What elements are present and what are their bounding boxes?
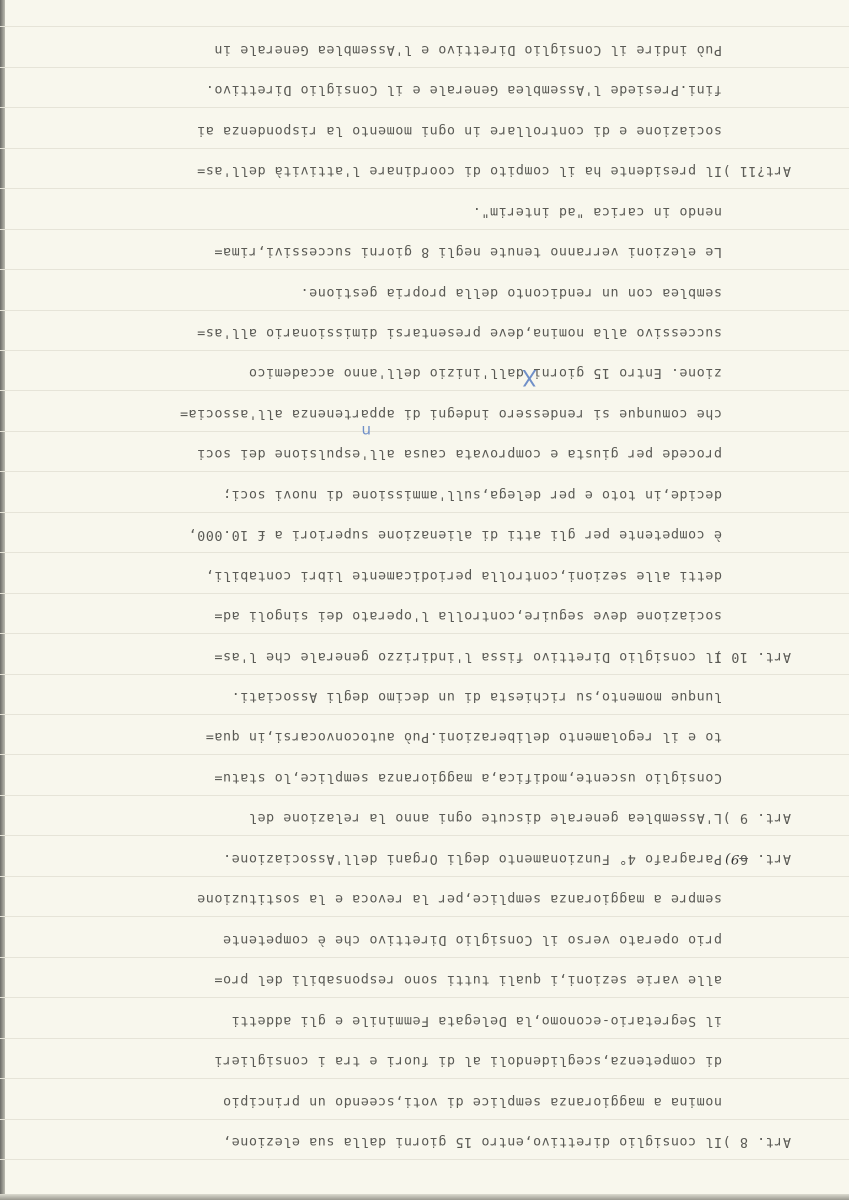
text-line: to e il regolamento deliberazioni.Può au… — [0, 726, 849, 748]
line-text: lunque momento,su richiesta di un decimo… — [231, 685, 722, 707]
text-line: Art. 10 )Il consiglio Direttivo fissa l'… — [0, 645, 849, 667]
text-line: procede per giusta e comprovata causa al… — [0, 442, 849, 464]
text-line: sociazione deve seguire,controlla l'oper… — [0, 604, 849, 626]
rule-line — [0, 1078, 849, 1079]
line-text: nendo in carica "ad interim". — [472, 200, 722, 222]
handwritten-number: 9) — [724, 851, 739, 866]
line-text: L'Assemblea generale discute ogni anno l… — [248, 806, 722, 828]
line-text: Paragrafo 4° Funzionamento degli Organi … — [223, 847, 723, 869]
line-text: Le elezioni verranno tenute negli 8 gior… — [214, 240, 722, 262]
text-line: Art. 69)Paragrafo 4° Funzionamento degli… — [0, 847, 849, 869]
pen-mark-n: n — [361, 422, 371, 440]
rule-line — [0, 310, 849, 311]
rule-line — [0, 714, 849, 715]
rule-line — [0, 269, 849, 270]
rule-line — [0, 67, 849, 68]
text-line: nendo in carica "ad interim". — [0, 200, 849, 222]
text-line: di competenza,sceglidendoli al di fuori … — [0, 1049, 849, 1071]
line-text: Il consiglio direttivo,entro 15 giorni d… — [223, 1130, 723, 1152]
rule-line — [0, 512, 849, 513]
text-line: è competente per gli atti di alienazione… — [0, 523, 849, 545]
rule-line — [0, 471, 849, 472]
rule-line — [0, 188, 849, 189]
text-line: Le elezioni verranno tenute negli 8 gior… — [0, 240, 849, 262]
line-text: zione. Entro 15 giorni dall'inizio dell'… — [248, 361, 722, 383]
text-line: zione. Entro 15 giorni dall'inizio dell'… — [0, 361, 849, 383]
line-text: Il consiglio Direttivo fissa l'indirizzo… — [214, 645, 722, 667]
rule-line — [0, 26, 849, 27]
text-line: che comunque si rendessero indegni di ap… — [0, 402, 849, 424]
rule-line — [0, 835, 849, 836]
page-edge — [0, 1194, 849, 1200]
line-text: è competente per gli atti di alienazione… — [188, 523, 722, 545]
pen-mark-x: X — [522, 364, 537, 389]
text-line: Consiglio uscente,modifica,a maggioranza… — [0, 766, 849, 788]
rule-line — [0, 1159, 849, 1160]
line-text: detti alle sezioni,controlla periodicame… — [205, 564, 722, 586]
text-line: Art?11 )Il presidente ha il compito di c… — [0, 159, 849, 181]
article-label: Art. 9 ) — [722, 806, 791, 828]
rule-line — [0, 593, 849, 594]
line-text: alle varie sezioni,i quali tutti sono re… — [214, 968, 722, 990]
text-line: prio operato verso il Consiglio Direttiv… — [0, 928, 849, 950]
line-text: procede per giusta e comprovata causa al… — [197, 442, 722, 464]
rule-line — [0, 633, 849, 634]
text-line: sempre a maggioranza semplice,per la rev… — [0, 887, 849, 909]
rule-line — [0, 1119, 849, 1120]
text-line: decide,in toto e per delega,sull'ammissi… — [0, 483, 849, 505]
text-line: successivo alla nomina,deve presentarsi … — [0, 321, 849, 343]
line-text: fini.Presiede l'Assemblea Generale e il … — [205, 78, 722, 100]
line-text: che comunque si rendessero indegni di ap… — [179, 402, 722, 424]
rule-line — [0, 997, 849, 998]
text-line: fini.Presiede l'Assemblea Generale e il … — [0, 78, 849, 100]
line-text: successivo alla nomina,deve presentarsi … — [197, 321, 722, 343]
text-line: Può indire il Consiglio Direttivo e l'As… — [0, 38, 849, 60]
rule-line — [0, 755, 849, 756]
rule-line — [0, 674, 849, 675]
article-label: Art. 69) — [724, 847, 791, 869]
text-line: nomina a maggioranza semplice di voti,sc… — [0, 1090, 849, 1112]
rule-line — [0, 390, 849, 391]
rule-line — [0, 552, 849, 553]
text-line: sociazione e di controllare in ogni mome… — [0, 119, 849, 141]
rule-line — [0, 916, 849, 917]
rule-line — [0, 876, 849, 877]
article-label: Art?11 ) — [722, 159, 791, 181]
line-text: prio operato verso il Consiglio Direttiv… — [223, 928, 723, 950]
line-text: sociazione e di controllare in ogni mome… — [197, 119, 722, 141]
line-text: decide,in toto e per delega,sull'ammissi… — [223, 483, 723, 505]
article-label: Art. 10 ) — [713, 645, 791, 667]
line-text: di competenza,sceglidendoli al di fuori … — [214, 1049, 722, 1071]
line-text: to e il regolamento deliberazioni.Può au… — [205, 726, 722, 748]
rule-line — [0, 350, 849, 351]
rule-line — [0, 1038, 849, 1039]
rule-line — [0, 229, 849, 230]
line-text: sociazione deve seguire,controlla l'oper… — [214, 604, 722, 626]
rule-line — [0, 107, 849, 108]
text-line: detti alle sezioni,controlla periodicame… — [0, 564, 849, 586]
rule-line — [0, 148, 849, 149]
line-text: Consiglio uscente,modifica,a maggioranza… — [214, 766, 722, 788]
text-line: Art. 8 )Il consiglio direttivo,entro 15 … — [0, 1130, 849, 1152]
line-text: Può indire il Consiglio Direttivo e l'As… — [214, 38, 722, 60]
text-line: Art. 9 )L'Assemblea generale discute ogn… — [0, 806, 849, 828]
line-text: sempre a maggioranza semplice,per la rev… — [197, 887, 722, 909]
text-line: lunque momento,su richiesta di un decimo… — [0, 685, 849, 707]
article-label: Art. 8 ) — [722, 1130, 791, 1152]
rule-line — [0, 431, 849, 432]
line-text: il Segretario-economo,la Delegata Femmin… — [231, 1009, 722, 1031]
document-page: Art. 8 )Il consiglio direttivo,entro 15 … — [0, 0, 849, 1200]
text-line: il Segretario-economo,la Delegata Femmin… — [0, 1009, 849, 1031]
text-line: semblea con un rendiconto della propria … — [0, 281, 849, 303]
line-text: semblea con un rendiconto della propria … — [300, 281, 722, 303]
text-line: alle varie sezioni,i quali tutti sono re… — [0, 968, 849, 990]
rule-line — [0, 957, 849, 958]
line-text: nomina a maggioranza semplice di voti,sc… — [223, 1090, 723, 1112]
rule-line — [0, 795, 849, 796]
line-text: Il presidente ha il compito di coordinar… — [197, 159, 722, 181]
struck-number: 6 — [739, 851, 748, 866]
